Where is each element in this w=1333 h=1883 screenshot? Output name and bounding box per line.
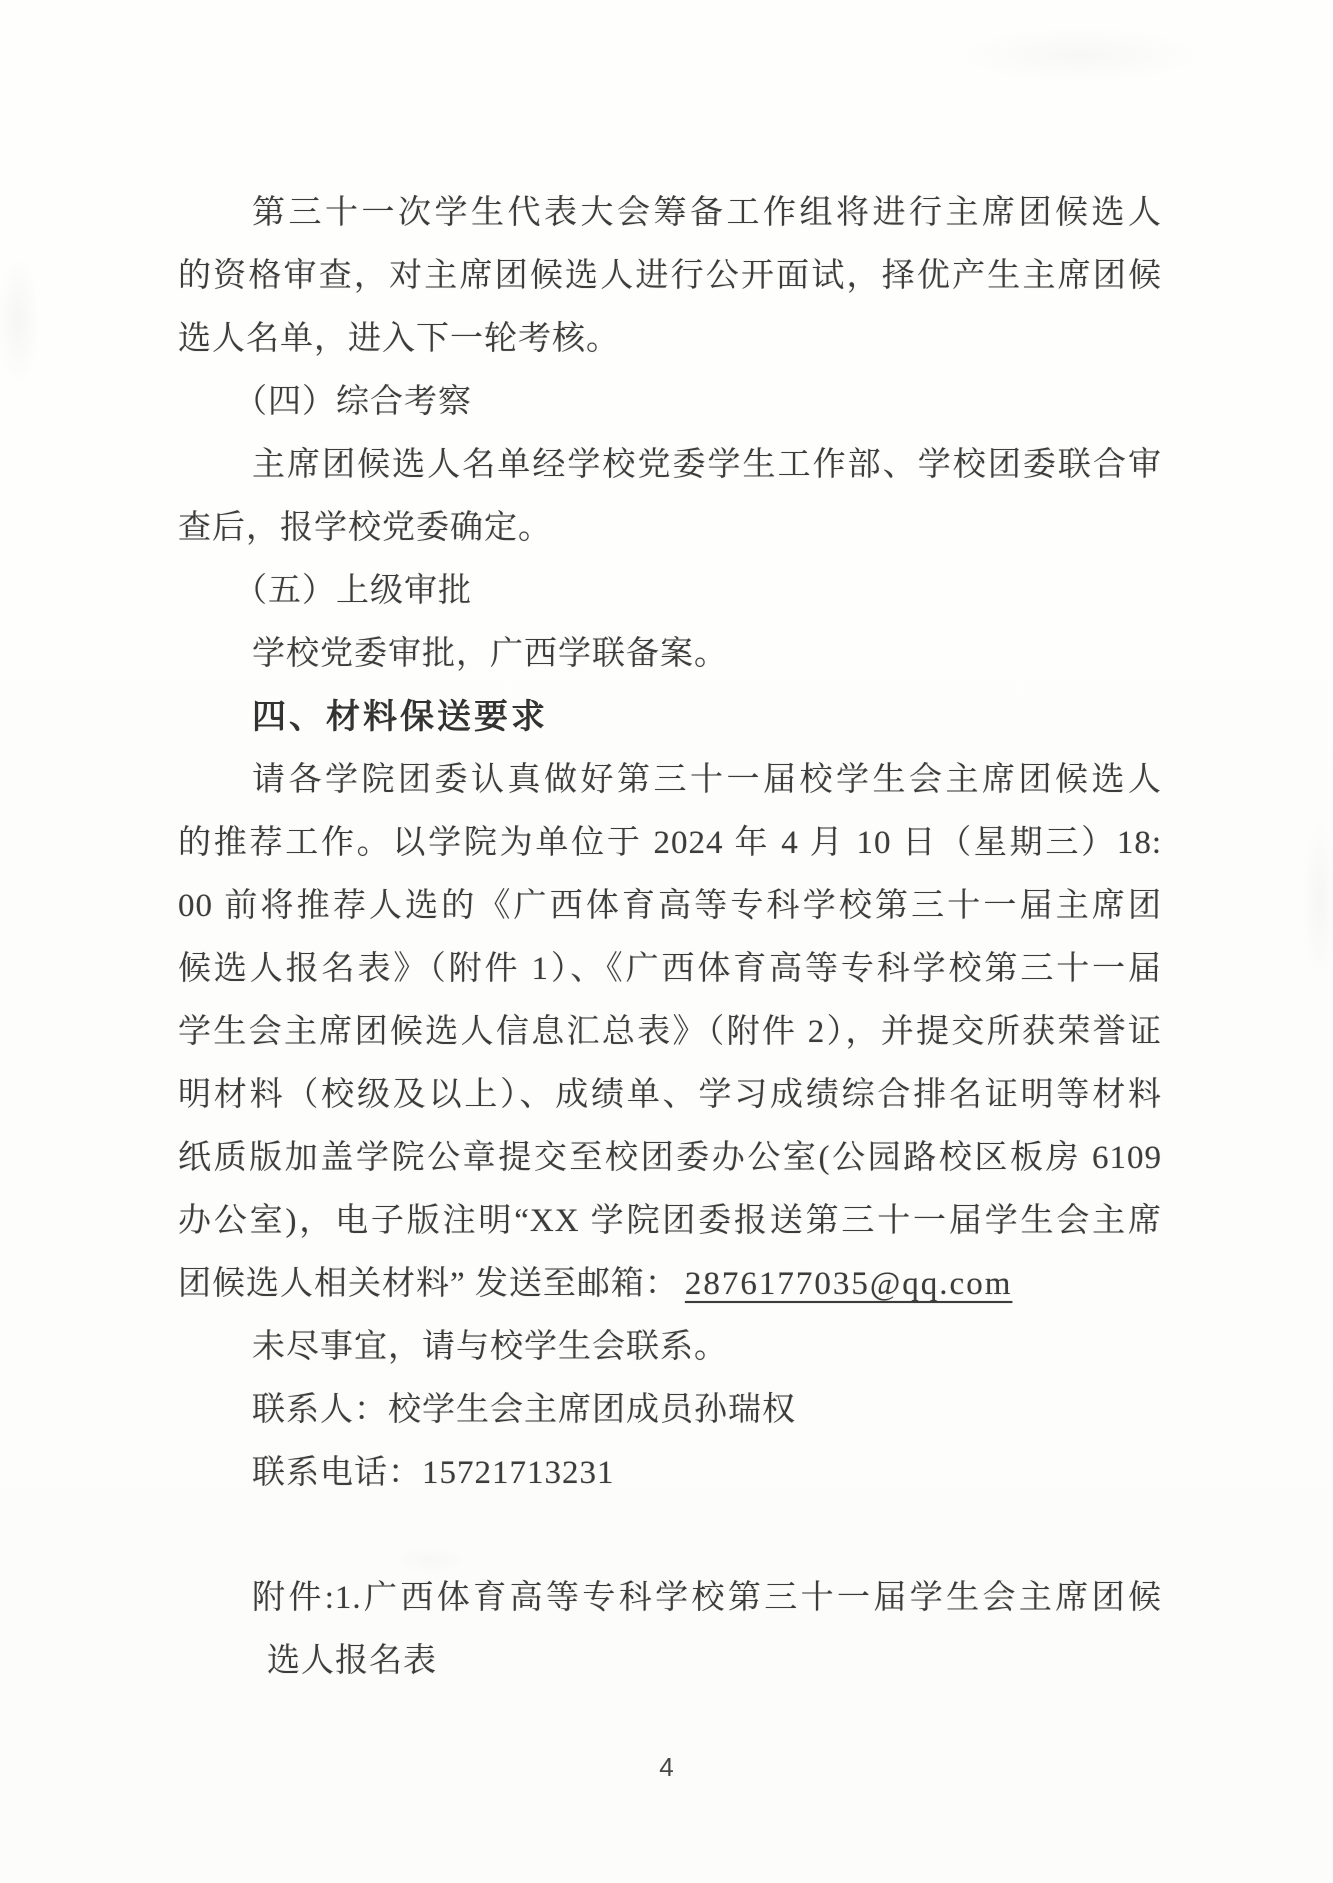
document-page: 第三十一次学生代表大会筹备工作组将进行主席团候选人的资格审查，对主席团候选人进行… [0, 0, 1333, 1883]
contact-phone-line: 联系电话：15721713231 [178, 1442, 1162, 1505]
text-column: 第三十一次学生代表大会筹备工作组将进行主席团候选人的资格审查，对主席团候选人进行… [178, 182, 1162, 1693]
para-materials-line-4: 候选人报名表》（附件 1）、《广西体育高等专科学校第三十一届 [178, 938, 1162, 1001]
subheading-4-comprehensive-inspection: （四）综合考察 [178, 371, 1162, 434]
contact-person-line: 联系人：校学生会主席团成员孙瑞权 [178, 1379, 1162, 1442]
page-number: 4 [0, 1752, 1333, 1783]
para-review-line-3: 选人名单，进入下一轮考核。 [178, 308, 1162, 371]
para-contact-note: 未尽事宜，请与校学生会联系。 [178, 1316, 1162, 1379]
para-materials-line-9-email: 团候选人相关材料” 发送至邮箱：2876177035@qq.com [178, 1253, 1162, 1316]
attachment-line-2: 选人报名表 [178, 1630, 1162, 1693]
para-materials-line-7: 纸质版加盖学院公章提交至校团委办公室(公园路校区板房 6109 [178, 1127, 1162, 1190]
email-prefix-text: 团候选人相关材料” 发送至邮箱： [178, 1266, 679, 1302]
para-inspection-line-1: 主席团候选人名单经学校党委学生工作部、学校团委联合审 [178, 434, 1162, 497]
para-inspection-line-2: 查后，报学校党委确定。 [178, 497, 1162, 560]
attachment-line-1: 附件:1.广西体育高等专科学校第三十一届学生会主席团候 [178, 1567, 1162, 1630]
para-materials-line-8: 办公室)，电子版注明“XX 学院团委报送第三十一届学生会主席 [178, 1190, 1162, 1253]
email-text: 2876177035@qq.com [679, 1266, 1012, 1302]
subheading-5-superior-approval: （五）上级审批 [178, 560, 1162, 623]
para-materials-line-3: 00 前将推荐人选的《广西体育高等专科学校第三十一届主席团 [178, 875, 1162, 938]
para-materials-line-2: 的推荐工作。以学院为单位于 2024 年 4 月 10 日（星期三）18: [178, 812, 1162, 875]
para-approval-line-1: 学校党委审批，广西学联备案。 [178, 623, 1162, 686]
para-materials-line-6: 明材料（校级及以上）、成绩单、学习成绩综合排名证明等材料 [178, 1064, 1162, 1127]
para-materials-line-1: 请各学院团委认真做好第三十一届校学生会主席团候选人 [178, 749, 1162, 812]
para-review-line-1: 第三十一次学生代表大会筹备工作组将进行主席团候选人 [178, 182, 1162, 245]
para-materials-line-5: 学生会主席团候选人信息汇总表》（附件 2），并提交所获荣誉证 [178, 1001, 1162, 1064]
para-review-line-2: 的资格审查，对主席团候选人进行公开面试，择优产生主席团候 [178, 245, 1162, 308]
heading-4-material-submission-requirements: 四、材料保送要求 [178, 686, 1162, 749]
